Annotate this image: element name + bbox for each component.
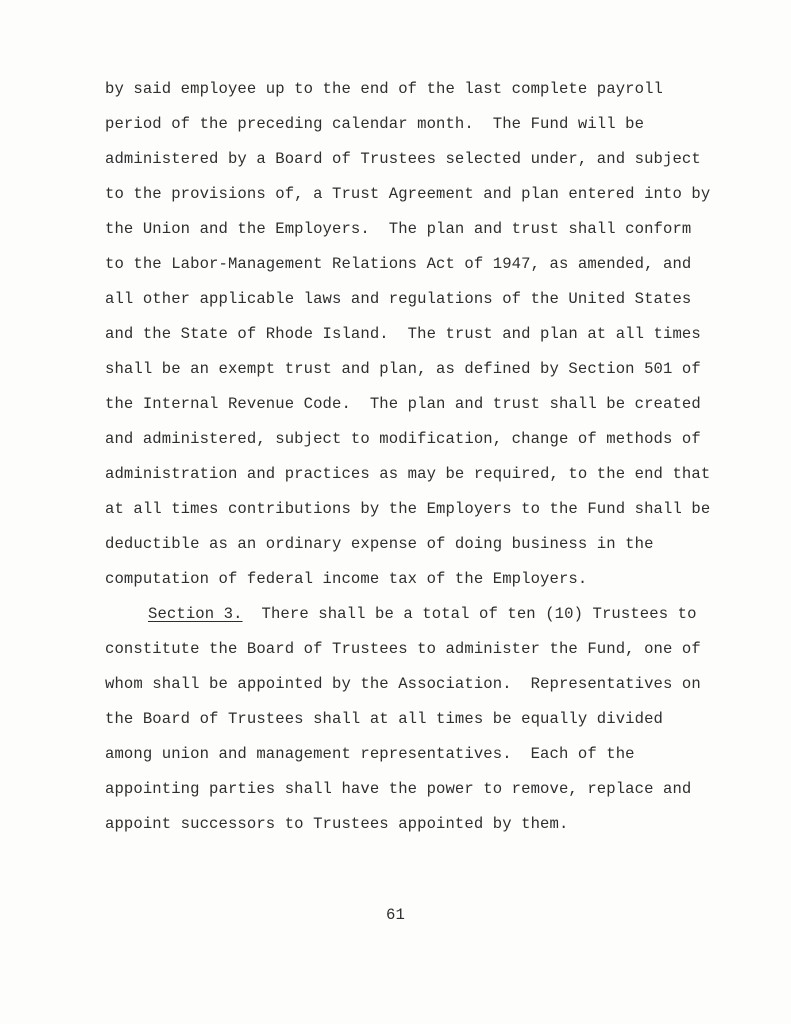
text-line: the Board of Trustees shall at all times… [105,702,710,737]
text-line: by said employee up to the end of the la… [105,72,710,107]
text-line: appoint successors to Trustees appointed… [105,807,710,842]
section-heading: Section 3. [148,605,243,623]
section-heading-rest: There shall be a total of ten (10) Trust… [243,605,697,623]
text-line: the Union and the Employers. The plan an… [105,212,710,247]
section-heading-line: Section 3. There shall be a total of ten… [105,597,710,632]
text-line: constitute the Board of Trustees to admi… [105,632,710,667]
text-line: the Internal Revenue Code. The plan and … [105,387,710,422]
text-line: and administered, subject to modificatio… [105,422,710,457]
document-page: by said employee up to the end of the la… [0,0,791,1024]
text-line: appointing parties shall have the power … [105,772,710,807]
text-line: whom shall be appointed by the Associati… [105,667,710,702]
text-line: shall be an exempt trust and plan, as de… [105,352,710,387]
text-line: administration and practices as may be r… [105,457,710,492]
text-line: administered by a Board of Trustees sele… [105,142,710,177]
text-line: and the State of Rhode Island. The trust… [105,317,710,352]
text-line: computation of federal income tax of the… [105,562,710,597]
text-line: to the provisions of, a Trust Agreement … [105,177,710,212]
text-line: period of the preceding calendar month. … [105,107,710,142]
text-line: all other applicable laws and regulation… [105,282,710,317]
page-number: 61 [0,898,791,933]
text-line: at all times contributions by the Employ… [105,492,710,527]
text-line: among union and management representativ… [105,737,710,772]
text-line: deductible as an ordinary expense of doi… [105,527,710,562]
body-text: by said employee up to the end of the la… [105,72,710,842]
text-line: to the Labor-Management Relations Act of… [105,247,710,282]
